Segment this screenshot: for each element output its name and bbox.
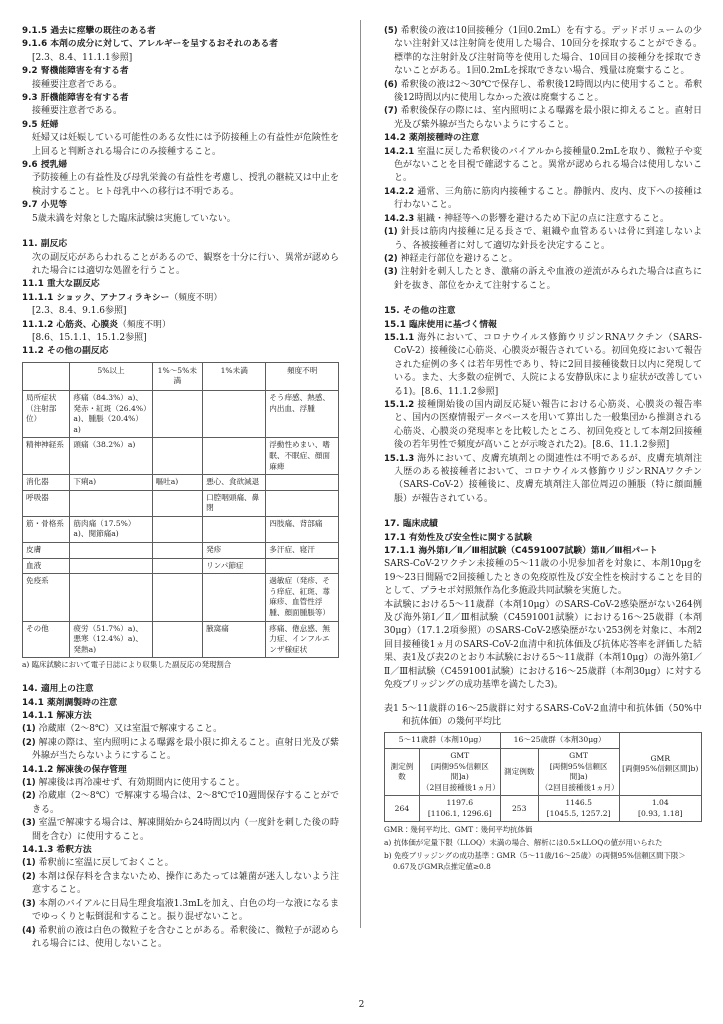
document-page: { "colors": {"paper": "#ffffff", "ink": …	[0, 0, 723, 1024]
item-text: 希釈前の液は白色の微粒子を含むことがある。希釈後に、微粒子が認められる場合には、…	[32, 926, 339, 949]
table-header-row: 5%以上 1%〜5%未満 1%未満 頻度不明	[23, 362, 339, 390]
table-row: 免疫系 過敏症（発疹、そう痒症、紅斑、蕁麻疹、血管性浮腫、顔面腫脹等）	[23, 574, 339, 621]
gmt-header-line: （2回目接種後1ヵ月）	[422, 783, 498, 794]
item-marker: (2)	[384, 254, 398, 264]
section-heading: 9.2 腎機能障害を有する者	[22, 65, 339, 78]
table-cell	[203, 516, 266, 542]
adverse-reactions-table: 5%以上 1%〜5%未満 1%未満 頻度不明 局所症状（注射部位） 疼痛（84.…	[22, 362, 339, 659]
section-heading: 11.1 重大な副反応	[22, 278, 339, 291]
n-value: 253	[500, 796, 538, 822]
section-heading: 14. 適用上の注意	[22, 683, 339, 696]
item-text: 組織・神経等への影響を避けるため下記の点に注意すること。	[417, 214, 669, 224]
table-cell	[70, 574, 152, 621]
row-label: 呼吸器	[23, 490, 70, 516]
list-item: (1) 解凍後は再冷凍せず、有効期間内に使用すること。	[22, 777, 339, 790]
section-heading: 9.6 授乳婦	[22, 159, 339, 172]
paragraph: 予防接種上の有益性及び母乳栄養の有益性を考慮し、授乳の継続又は中止を検討すること…	[32, 172, 339, 199]
heading-bold: 11.1.2 心筋炎、心膜炎	[22, 320, 118, 330]
gmr-header-line: GMR	[622, 754, 699, 765]
table-cell: 疼痛、倦怠感、無力症、インフルエンザ様症状	[266, 621, 339, 658]
paragraph: 接種要注意者である。	[32, 105, 339, 118]
table-cell: 悪心、食欲減退	[203, 475, 266, 491]
item-marker: (6)	[384, 80, 398, 90]
section-heading: 17.1.1 海外第Ⅰ／Ⅱ／Ⅲ相試験（C4591007試験）第Ⅱ／Ⅲ相パート	[384, 545, 702, 558]
table-row: 呼吸器 口腔咽頭痛、鼻閉	[23, 490, 339, 516]
row-label: その他	[23, 621, 70, 658]
list-item: (1) 希釈前に室温に戻しておくこと。	[22, 857, 339, 870]
row-label: 消化器	[23, 475, 70, 491]
list-item: (2) 神経走行部位を避けること。	[384, 253, 702, 266]
item-marker: (1)	[22, 724, 36, 734]
item-marker: 15.1.1	[384, 333, 414, 343]
table-footnote: a) 臨床試験において電子日誌により収集した副反応の発現割合	[22, 660, 339, 671]
item-text: 本剤は保存料を含まないため、操作にあたっては雑菌が迷入しないよう注意すること。	[32, 872, 339, 895]
table-cell	[152, 558, 203, 574]
gmr-point: 1.04	[622, 798, 699, 809]
table-cell: 嘔吐a)	[152, 475, 203, 491]
item-marker: 14.2.3	[384, 214, 414, 224]
item-text: 通常、三角筋に筋肉内接種すること。静脈内、皮内、皮下への接種は行わないこと。	[394, 187, 702, 210]
row-label: 局所症状（注射部位）	[23, 390, 70, 437]
table-cell: リンパ節症	[203, 558, 266, 574]
gmr-header-cell: GMR [両側95%信頼区間]b)	[619, 733, 701, 796]
item-marker: (2)	[22, 872, 36, 882]
item-marker: (5)	[384, 26, 398, 36]
table-cell: 口腔咽頭痛、鼻閉	[203, 490, 266, 516]
item-marker: (2)	[22, 791, 36, 801]
table-cell: 下痢a)	[70, 475, 152, 491]
list-item: (2) 解凍の際は、室内照明による曝露を最小限に抑えること。直射日光及び紫外線が…	[22, 737, 339, 764]
item-text: 希釈後の液は10回接種分（1回0.2mL）を有する。デッドボリュームの少ない注射…	[394, 26, 702, 76]
item-text: 冷蔵庫（2〜8℃）又は室温で解凍すること。	[39, 724, 223, 734]
table-cell: 浮動性めまい、嗜眠、不眠症、顔面麻痺	[266, 438, 339, 475]
item-marker: 14.2.1	[384, 147, 414, 157]
table-footnote: b) 免疫ブリッジングの成功基準：GMR（5〜11歳/16〜25歳）の両側95%…	[384, 851, 702, 873]
item-marker: (3)	[22, 899, 36, 909]
item-marker: 15.1.3	[384, 454, 414, 464]
item-marker: 15.1.2	[384, 400, 414, 410]
section-heading: 14.2 薬剤接種時の注意	[384, 132, 702, 145]
item-text: 本剤のバイアルに日局生理食塩液1.3mLを加え、白色の均一な液になるまでゆっくり…	[32, 899, 339, 922]
section-heading: 17. 臨床成績	[384, 518, 702, 531]
left-column: 9.1.5 過去に痙攣の既往のある者 9.1.6 本剤の成分に対して、アレルギー…	[22, 25, 339, 951]
gmr-ci: [0.93, 1.18]	[622, 809, 699, 820]
item-text: 海外において、皮膚充填剤との関連性は不明であるが、皮膚充填剤注入歴のある被接種者…	[394, 454, 702, 504]
table-cell	[152, 516, 203, 542]
paragraph: 妊婦又は妊娠している可能性のある女性には予防接種上の有益性が危険性を上回ると判断…	[32, 132, 339, 159]
item-marker: (3)	[22, 818, 36, 828]
row-label: 筋・骨格系	[23, 516, 70, 542]
gmt-point: 1197.6	[422, 798, 498, 809]
table-row: その他 疲労（51.7%）a)、悪寒（12.4%）a)、発熱a) 腋窩痛 疼痛、…	[23, 621, 339, 658]
list-item: (3) 室温で解凍する場合は、解凍開始から24時間以内（一度針を刺した後の時間を…	[22, 817, 339, 844]
list-item: (1) 冷蔵庫（2〜8℃）又は室温で解凍すること。	[22, 723, 339, 736]
section-heading: 14.1 薬剤調製時の注意	[22, 697, 339, 710]
section-heading: 11.1.2 心筋炎、心膜炎（頻度不明）	[22, 319, 339, 332]
group-header-cell: 16〜25歳群（本剤30μg）	[500, 733, 619, 749]
gmt-ci: [1045.5, 1257.2]	[541, 809, 617, 820]
row-label: 血液	[23, 558, 70, 574]
n-header-cell: 測定例数	[500, 748, 538, 795]
table-cell	[70, 490, 152, 516]
table-cell	[266, 490, 339, 516]
item-marker: (1)	[22, 858, 36, 868]
heading-suffix: （頻度不明）	[169, 293, 222, 303]
item-marker: (7)	[384, 106, 398, 116]
table-cell	[70, 543, 152, 559]
item-text: 希釈後の液は2〜30℃で保存し、希釈後12時間以内に使用すること。希釈後12時間…	[394, 80, 702, 103]
gmt-header-line: GMT	[422, 751, 498, 762]
gmr-header-line: [両側95%信頼区間]b)	[622, 764, 699, 775]
table-header-cell: 1%未満	[203, 362, 266, 390]
section-heading: 17.1 有効性及び安全性に関する試験	[384, 532, 702, 545]
item-text: 海外において、コロナウイルス修飾ウリジンRNAワクチン（SARS-CoV-2）接…	[394, 333, 702, 397]
item-marker: 14.2.2	[384, 187, 414, 197]
paragraph: SARS-CoV-2ワクチン未接種の5〜11歳の小児参加者を対象に、本剤10μg…	[384, 558, 702, 598]
item-marker: (4)	[22, 926, 36, 936]
item-marker: (1)	[384, 227, 398, 237]
numbered-paragraph: 15.1.1 海外において、コロナウイルス修飾ウリジンRNAワクチン（SARS-…	[384, 332, 702, 399]
list-item: (3) 注射針を刺入したとき、激痛の訴えや血液の逆流がみられた場合は直ちに針を抜…	[384, 266, 702, 293]
table-header-cell	[23, 362, 70, 390]
gmt-header-line: （2回目接種後1ヵ月）	[541, 783, 617, 794]
section-heading: 14.1.1 解凍方法	[22, 710, 339, 723]
section-heading: 15.1 臨床使用に基づく情報	[384, 319, 702, 332]
item-text: 室温に戻した希釈後のバイアルから接種量0.2mLを取り、微粒子や変色がないことを…	[394, 147, 702, 184]
reference-note: [8.6、15.1.1、15.1.2参照]	[32, 332, 339, 345]
table-cell	[152, 621, 203, 658]
table-cell: 四肢痛、背部痛	[266, 516, 339, 542]
gmr-value: 1.04 [0.93, 1.18]	[619, 796, 701, 822]
table-cell	[203, 390, 266, 437]
section-heading: 9.5 妊婦	[22, 119, 339, 132]
n-value: 264	[385, 796, 420, 822]
gmt-point: 1146.5	[541, 798, 617, 809]
section-heading: 11.1.1 ショック、アナフィラキシー（頻度不明）	[22, 292, 339, 305]
table-cell: 疲労（51.7%）a)、悪寒（12.4%）a)、発熱a)	[70, 621, 152, 658]
table-data-row: 264 1197.6 [1106.1, 1296.6] 253 1146.5 […	[385, 796, 702, 822]
gmt-value: 1197.6 [1106.1, 1296.6]	[419, 796, 500, 822]
paragraph: 5歳未満を対象とした臨床試験は実施していない。	[32, 213, 339, 226]
heading-bold: 11.1.1 ショック、アナフィラキシー	[22, 293, 169, 303]
item-text: 冷蔵庫（2〜8℃）で解凍する場合は、2〜8℃で10週間保存することができる。	[32, 791, 339, 814]
table-cell: 頭痛（38.2%）a)	[70, 438, 152, 475]
numbered-paragraph: 14.2.1 室温に戻した希釈後のバイアルから接種量0.2mLを取り、微粒子や変…	[384, 146, 702, 186]
section-heading: 9.1.5 過去に痙攣の既往のある者	[22, 25, 339, 38]
list-item: (4) 希釈前の液は白色の微粒子を含むことがある。希釈後に、微粒子が認められる場…	[22, 925, 339, 952]
row-label: 精神神経系	[23, 438, 70, 475]
list-item: (7) 希釈後保存の際には、室内照明による曝露を最小限に抑えること。直射日光及び…	[384, 105, 702, 132]
section-heading: 9.7 小児等	[22, 199, 339, 212]
item-text: 希釈後保存の際には、室内照明による曝露を最小限に抑えること。直射日光及び紫外線が…	[394, 106, 702, 129]
gmt-header-cell: GMT [両側95%信頼区間]a) （2回目接種後1ヵ月）	[538, 748, 619, 795]
table-cell: 筋肉痛（17.5%）a)、関節痛a)	[70, 516, 152, 542]
table-row: 消化器 下痢a) 嘔吐a) 悪心、食欲減退	[23, 475, 339, 491]
item-text: 解凍の際は、室内照明による曝露を最小限に抑えること。直射日光及び紫外線が当たらな…	[32, 738, 339, 761]
item-text: 希釈前に室温に戻しておくこと。	[39, 858, 174, 868]
gmt-header-line: [両側95%信頼区間]a)	[541, 762, 617, 783]
paragraph: 本試験における5〜11歳群（本剤10μg）のSARS-CoV-2感染歴がない26…	[384, 599, 702, 693]
right-column: (5) 希釈後の液は10回接種分（1回0.2mL）を有する。デッドボリュームの少…	[384, 25, 702, 873]
table-row: 局所症状（注射部位） 疼痛（84.3%）a)、発赤・紅斑（26.4%）a)、腫脹…	[23, 390, 339, 437]
table-cell	[203, 438, 266, 475]
numbered-paragraph: 15.1.2 接種開始後の国内副反応疑い報告における心筋炎、心膜炎の報告率と、国…	[384, 399, 702, 453]
table-cell: 疼痛（84.3%）a)、発赤・紅斑（26.4%）a)、腫脹（20.4%）a)	[70, 390, 152, 437]
table-footnote: a) 抗体価が定量下限（LLOQ）未満の場合、解析には0.5×LLOQの値が用い…	[384, 838, 702, 849]
table-cell	[266, 558, 339, 574]
table-row: 血液 リンパ節症	[23, 558, 339, 574]
section-heading: 15. その他の注意	[384, 305, 702, 318]
item-text: 解凍後は再冷凍せず、有効期間内に使用すること。	[39, 778, 245, 788]
table-row: 筋・骨格系 筋肉痛（17.5%）a)、関節痛a) 四肢痛、背部痛	[23, 516, 339, 542]
numbered-paragraph: 14.2.2 通常、三角筋に筋肉内接種すること。静脈内、皮内、皮下への接種は行わ…	[384, 186, 702, 213]
reference-note: [2.3、8.4、9.1.6参照]	[32, 305, 339, 318]
table-cell: 腋窩痛	[203, 621, 266, 658]
section-heading: 11. 副反応	[22, 238, 339, 251]
table-header-cell: 頻度不明	[266, 362, 339, 390]
list-item: (6) 希釈後の液は2〜30℃で保存し、希釈後12時間以内に使用すること。希釈後…	[384, 79, 702, 106]
table-cell: そう痒感、熱感、内出血、浮腫	[266, 390, 339, 437]
gmt-header-line: [両側95%信頼区間]a)	[422, 762, 498, 783]
gmt-header-cell: GMT [両側95%信頼区間]a) （2回目接種後1ヵ月）	[419, 748, 500, 795]
item-marker: (1)	[22, 778, 36, 788]
item-text: 室温で解凍する場合は、解凍開始から24時間以内（一度針を刺した後の時間を含む）に…	[32, 818, 339, 841]
n-header-cell: 測定例数	[385, 748, 420, 795]
list-item: (3) 本剤のバイアルに日局生理食塩液1.3mLを加え、白色の均一な液になるまで…	[22, 898, 339, 925]
list-item: (1) 針長は筋肉内接種に足る長さで、組織や血管あるいは骨に到達しないよう、各被…	[384, 226, 702, 253]
table-cell: 過敏症（発疹、そう痒症、紅斑、蕁麻疹、血管性浮腫、顔面腫脹等）	[266, 574, 339, 621]
item-marker: (2)	[22, 738, 36, 748]
numbered-paragraph: 15.1.3 海外において、皮膚充填剤との関連性は不明であるが、皮膚充填剤注入歴…	[384, 453, 702, 507]
table-cell	[152, 543, 203, 559]
item-text: 神経走行部位を避けること。	[401, 254, 518, 264]
gmt-header-line: GMT	[541, 751, 617, 762]
table-cell: 多汗症、寝汗	[266, 543, 339, 559]
section-heading: 9.1.6 本剤の成分に対して、アレルギーを呈するおそれのある者	[22, 38, 339, 51]
table-footnote: GMR：幾何平均比、GMT：幾何平均抗体価	[384, 825, 702, 836]
page-number: 2	[0, 999, 723, 1012]
paragraph: 次の副反応があらわれることがあるので、観察を十分に行い、異常が認められた場合には…	[32, 252, 339, 279]
list-item: (5) 希釈後の液は10回接種分（1回0.2mL）を有する。デッドボリュームの少…	[384, 25, 702, 79]
table-cell	[152, 490, 203, 516]
table-header-cell: 5%以上	[70, 362, 152, 390]
table-cell	[152, 574, 203, 621]
item-text: 接種開始後の国内副反応疑い報告における心筋炎、心膜炎の報告率と、国内の医療情報デ…	[394, 400, 702, 450]
table-cell	[266, 475, 339, 491]
gmt-ci: [1106.1, 1296.6]	[422, 809, 498, 820]
section-heading: 11.2 その他の副反応	[22, 345, 339, 358]
item-marker: (3)	[384, 267, 398, 277]
table-cell	[70, 558, 152, 574]
table-cell	[152, 438, 203, 475]
item-text: 注射針を刺入したとき、激痛の訴えや血液の逆流がみられた場合は直ちに針を抜き、部位…	[394, 267, 702, 290]
table-cell: 発疹	[203, 543, 266, 559]
reference-note: [2.3、8.4、11.1.1参照]	[32, 52, 339, 65]
table-header-cell: 1%〜5%未満	[152, 362, 203, 390]
group-header-cell: 5〜11歳群（本剤10μg）	[385, 733, 501, 749]
list-item: (2) 冷蔵庫（2〜8℃）で解凍する場合は、2〜8℃で10週間保存することができ…	[22, 790, 339, 817]
table-row: 皮膚 発疹 多汗症、寝汗	[23, 543, 339, 559]
numbered-paragraph: 14.2.3 組織・神経等への影響を避けるため下記の点に注意すること。	[384, 213, 702, 226]
item-text: 針長は筋肉内接種に足る長さで、組織や血管あるいは骨に到達しないよう、各被接種者に…	[394, 227, 702, 250]
paragraph: 接種要注意者である。	[32, 79, 339, 92]
section-heading: 14.1.2 解凍後の保存管理	[22, 764, 339, 777]
table-cell	[152, 390, 203, 437]
table-cell	[203, 574, 266, 621]
section-heading: 14.1.3 希釈方法	[22, 844, 339, 857]
heading-suffix: （頻度不明）	[118, 320, 171, 330]
gmt-value: 1146.5 [1045.5, 1257.2]	[538, 796, 619, 822]
gmr-table: 5〜11歳群（本剤10μg） 16〜25歳群（本剤30μg） GMR [両側95…	[384, 732, 702, 822]
column-divider	[360, 20, 361, 928]
table-caption: 表1 5〜11歳群の16〜25歳群に対するSARS-CoV-2血清中和抗体価（5…	[384, 703, 702, 730]
list-item: (2) 本剤は保存料を含まないため、操作にあたっては雑菌が迷入しないよう注意する…	[22, 871, 339, 898]
section-heading: 9.3 肝機能障害を有する者	[22, 92, 339, 105]
table-header-row: 5〜11歳群（本剤10μg） 16〜25歳群（本剤30μg） GMR [両側95…	[385, 733, 702, 749]
row-label: 免疫系	[23, 574, 70, 621]
table-row: 精神神経系 頭痛（38.2%）a) 浮動性めまい、嗜眠、不眠症、顔面麻痺	[23, 438, 339, 475]
row-label: 皮膚	[23, 543, 70, 559]
